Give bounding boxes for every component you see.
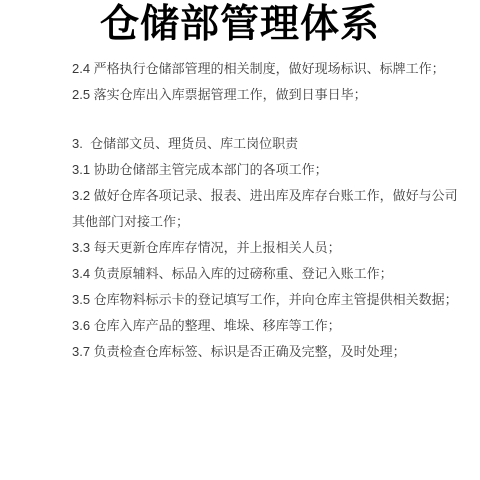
doc-line-3-5: 3.5 仓库物料标示卡的登记填写工作，并向仓库主管提供相关数据； <box>72 287 440 313</box>
document-page: 仓储部管理体系 2.4 严格执行仓储部管理的相关制度，做好现场标识、标牌工作； … <box>0 0 480 480</box>
doc-line-3-2-continuation: 其他部门对接工作； <box>72 209 440 235</box>
doc-line-section-3-heading: 3. 仓储部文员、理货员、库工岗位职责 <box>72 131 440 157</box>
doc-line-3-6: 3.6 仓库入库产品的整理、堆垛、移库等工作； <box>72 313 440 339</box>
doc-line-3-4: 3.4 负责原辅料、标品入库的过磅称重、登记入账工作； <box>72 261 440 287</box>
doc-line-3-3: 3.3 每天更新仓库库存情况，并上报相关人员； <box>72 235 440 261</box>
doc-line-3-1: 3.1 协助仓储部主管完成本部门的各项工作； <box>72 157 440 183</box>
doc-line-3-2: 3.2 做好仓库各项记录、报表、进出库及库存台账工作，做好与公司 <box>72 183 440 209</box>
doc-line-3-7: 3.7 负责检查仓库标签、标识是否正确及完整，及时处理； <box>72 339 440 365</box>
document-body: 2.4 严格执行仓储部管理的相关制度，做好现场标识、标牌工作； 2.5 落实仓库… <box>0 56 480 365</box>
doc-line-2-5: 2.5 落实仓库出入库票据管理工作，做到日事日毕； <box>72 82 440 108</box>
page-title: 仓储部管理体系 <box>0 0 480 48</box>
doc-line-2-4: 2.4 严格执行仓储部管理的相关制度，做好现场标识、标牌工作； <box>72 56 440 82</box>
